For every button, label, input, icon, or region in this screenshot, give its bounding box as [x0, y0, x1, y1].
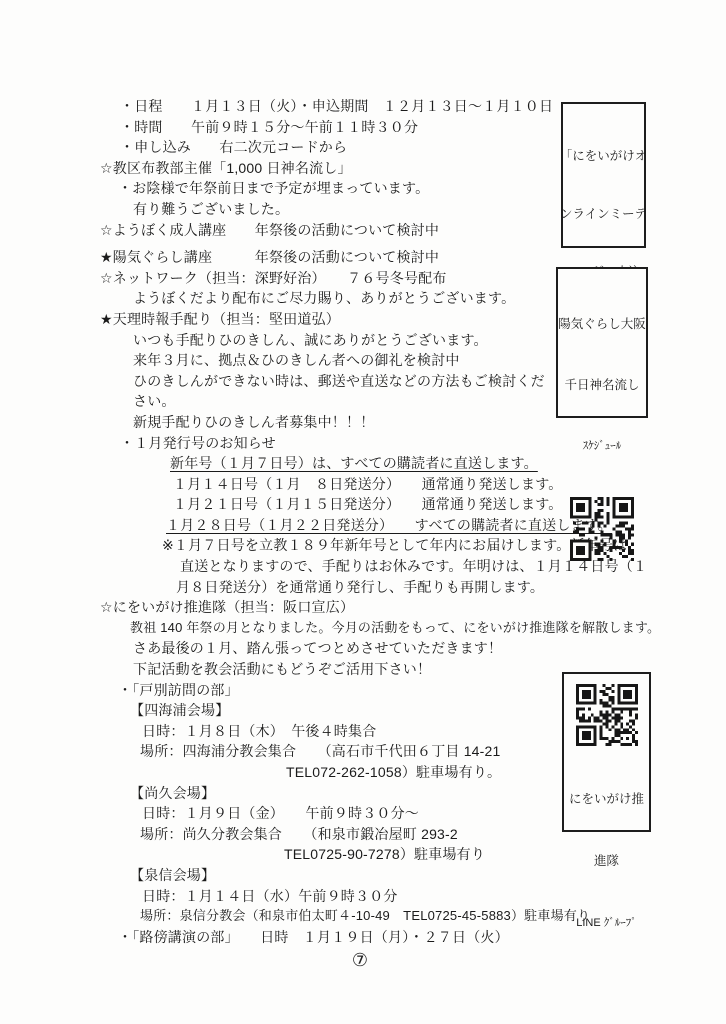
text-line: 教祖 140 年祭の月となりました。今月の活動をもって、にをいがけ推進隊を解散し… [130, 618, 710, 639]
qr-caption-line: LINE ｸﾞﾙｰﾌﾟ [569, 910, 644, 936]
qr-caption-line: ｽｹｼﾞｭｰﾙ [558, 434, 646, 459]
qr-code-icon [570, 497, 634, 561]
qr-panel-line-group: にをいがけ推 進隊 LINE ｸﾞﾙｰﾌﾟ [562, 672, 651, 832]
qr-caption-line: 千日神名流し [558, 373, 646, 398]
qr-caption-line: にをいがけ推 [569, 786, 644, 812]
qr-caption: 陽気ぐらし大阪 千日神名流し ｽｹｼﾞｭｰﾙ [558, 269, 646, 495]
qr-caption-line: 「にをいがけオ [560, 145, 648, 167]
document-page: ・日程 １月１３日（火）・申込期間 １２月１３日～１月１０日 ・時間 午前９時１… [0, 0, 726, 1024]
qr-panel-kamina-nagashi-schedule: 陽気ぐらし大阪 千日神名流し ｽｹｼﾞｭｰﾙ [556, 267, 648, 418]
qr-code-icon [576, 684, 638, 746]
qr-caption: にをいがけ推 進隊 LINE ｸﾞﾙｰﾌﾟ [569, 746, 644, 972]
page-number: ⑦ [330, 950, 390, 971]
text-line: TEL0725-90-7278）駐車場有り [284, 844, 710, 865]
qr-panel-online-meeting: 「にをいがけオ ンラインミーテ ィング」申込 [561, 102, 646, 248]
text-line: さあ最後の１月、踏ん張ってつとめさせていただきます！ [133, 638, 710, 659]
section-heading: ☆にをいがけ推進隊（担当：阪口宣広） [100, 597, 710, 618]
qr-caption-line: 進隊 [569, 848, 644, 874]
text-line: 月８日発送分）を通常通り発行し、手配りも再開します。 [176, 577, 710, 598]
qr-caption-line: 陽気ぐらし大阪 [558, 312, 646, 337]
qr-caption-line: ンラインミーテ [560, 203, 648, 225]
